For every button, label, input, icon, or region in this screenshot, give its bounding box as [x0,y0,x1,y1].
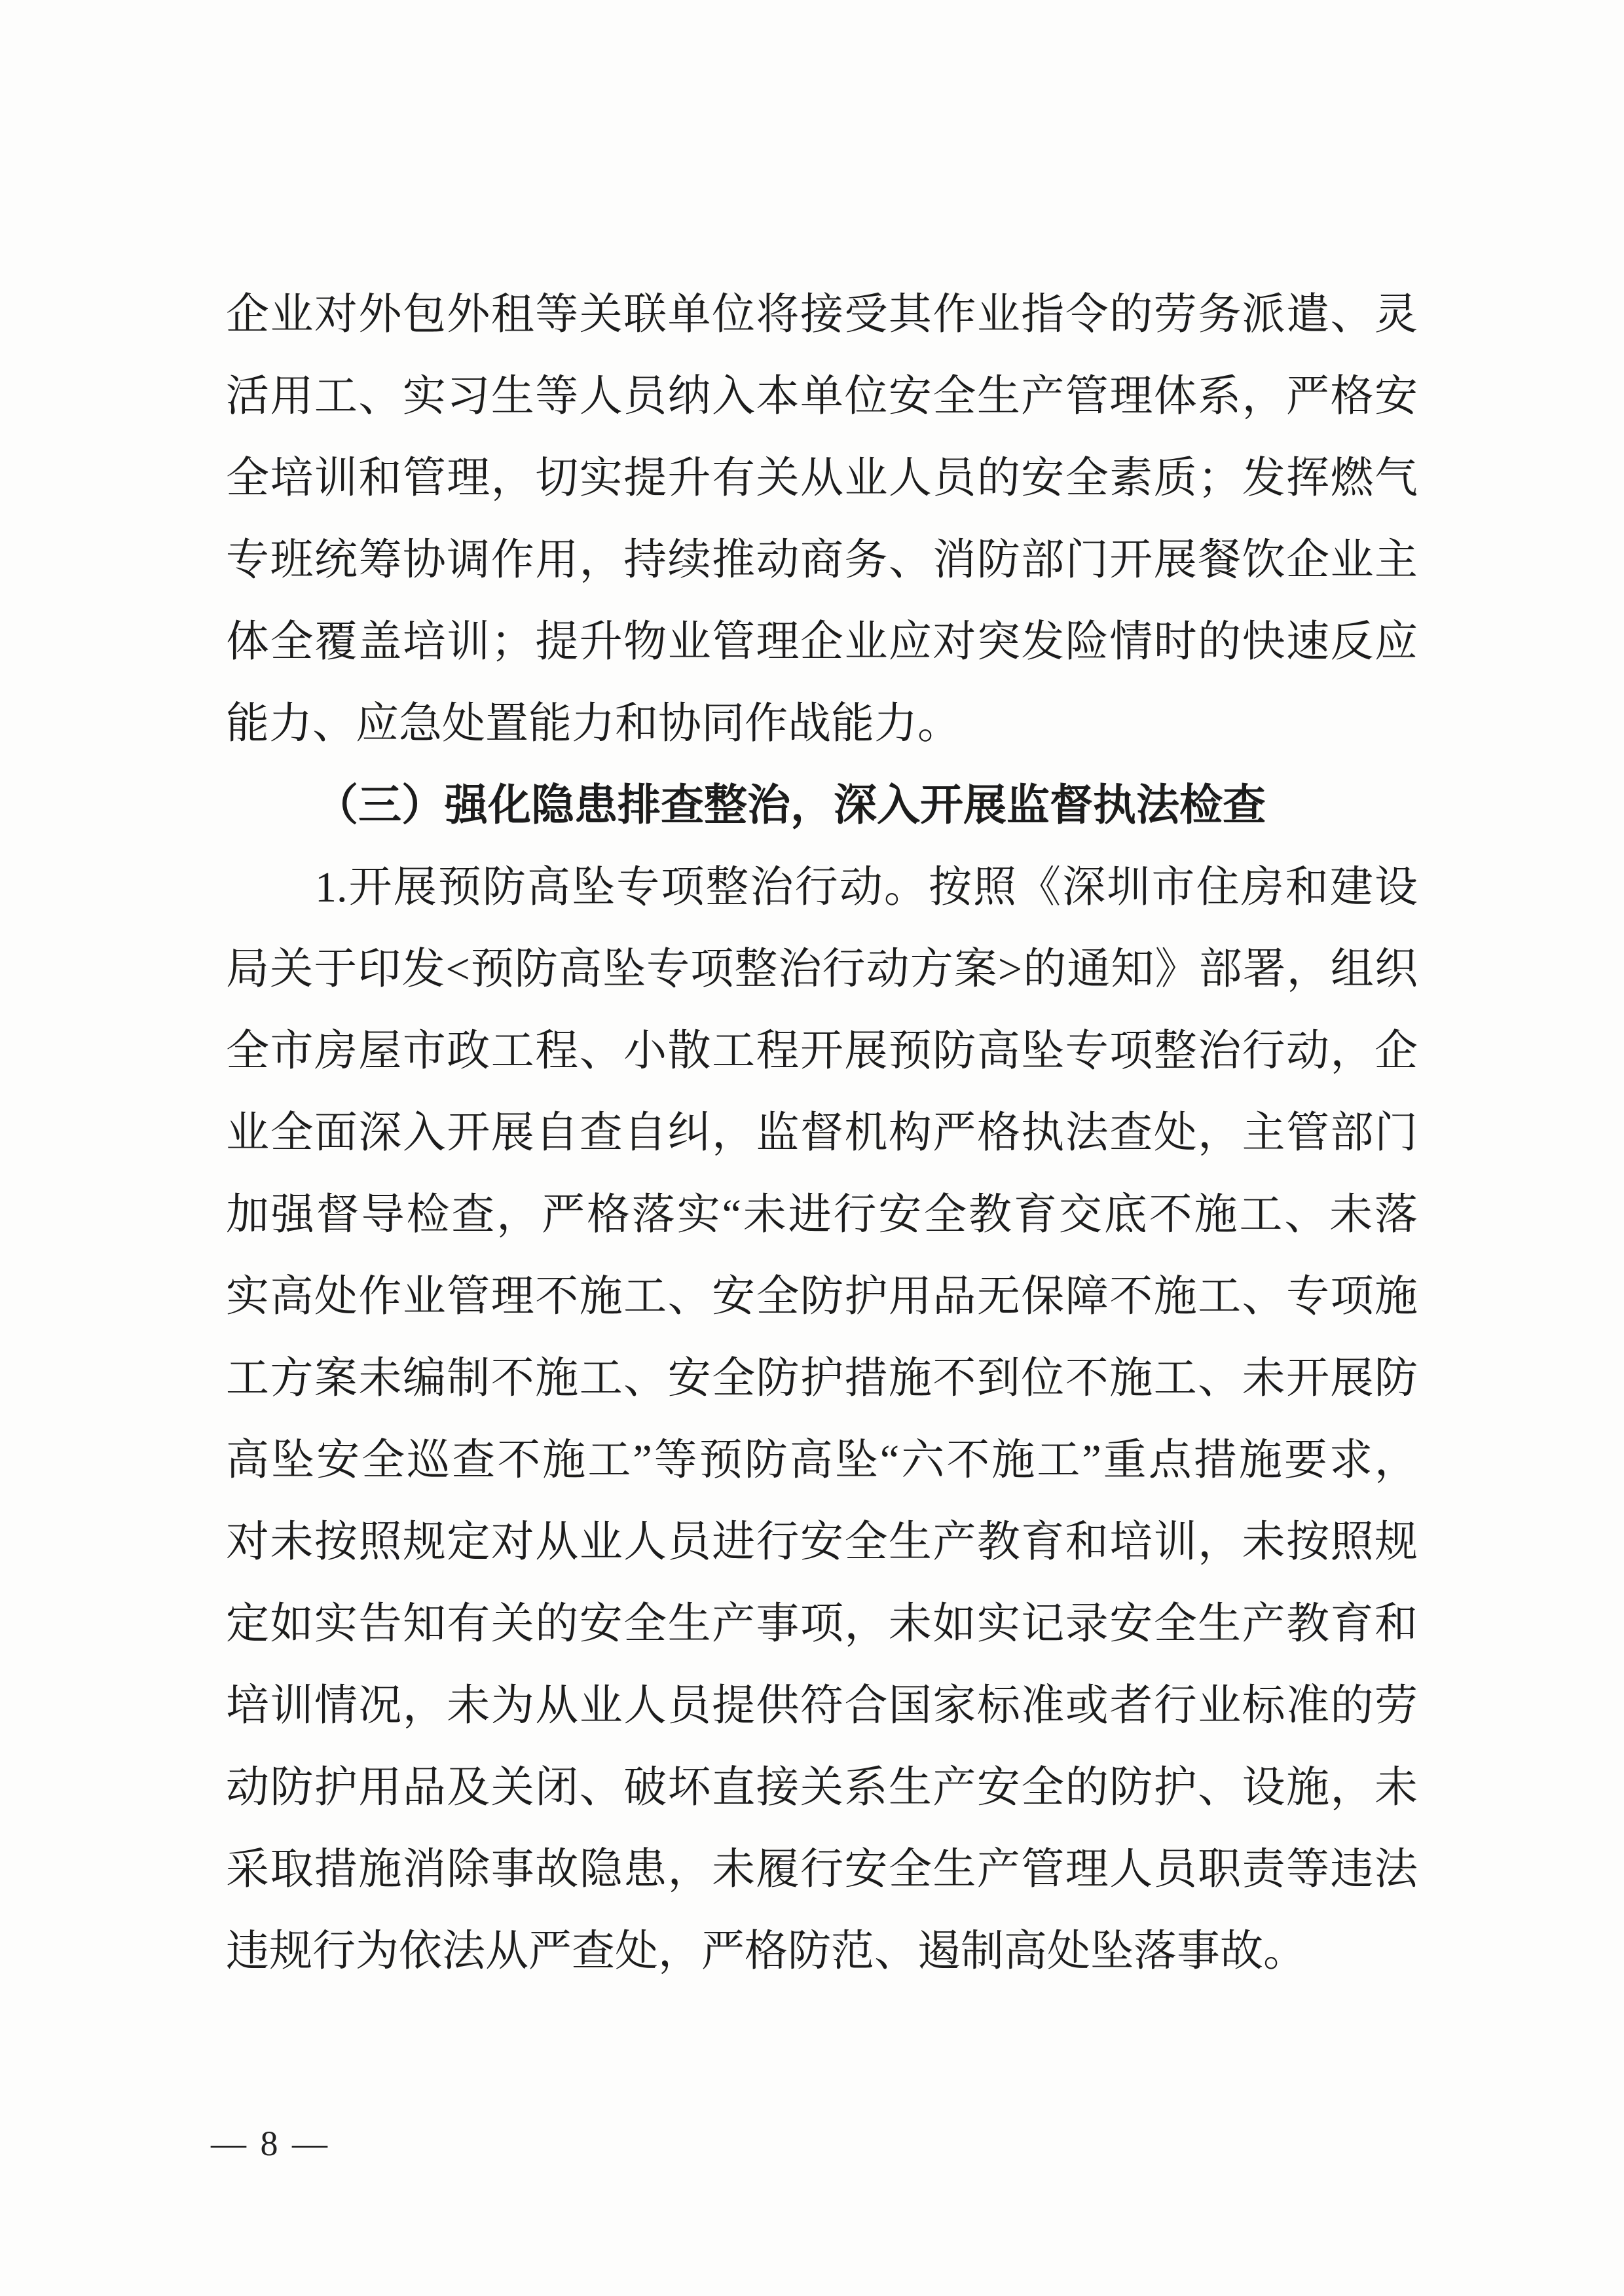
text-line: 违规行为依法从严查处，严格防范、遏制高处坠落事故。 [226,1910,1418,1992]
text-line: 全培训和管理，切实提升有关从业人员的安全素质；发挥燃气 [226,437,1418,519]
text-line: 1.开展预防高坠专项整治行动。按照《深圳市住房和建设 [226,847,1418,928]
text-line: 专班统筹协调作用，持续推动商务、消防部门开展餐饮企业主 [226,519,1418,601]
text-line: 定如实告知有关的安全生产事项，未如实记录安全生产教育和 [226,1583,1418,1665]
text-line: 培训情况，未为从业人员提供符合国家标准或者行业标准的劳 [226,1665,1418,1747]
text-line: 高坠安全巡查不施工”等预防高坠“六不施工”重点措施要求， [226,1419,1418,1501]
text-line: 实高处作业管理不施工、安全防护用品无保障不施工、专项施 [226,1256,1418,1338]
text-line: 全市房屋市政工程、小散工程开展预防高坠专项整治行动，企 [226,1010,1418,1092]
text-line: 能力、应急处置能力和协同作战能力。 [226,683,1418,765]
text-line: 业全面深入开展自查自纠，监督机构严格执法查处，主管部门 [226,1092,1418,1174]
document-page: 企业对外包外租等关联单位将接受其作业指令的劳务派遣、灵 活用工、实习生等人员纳入… [0,0,1624,2296]
text-line: 动防护用品及关闭、破坏直接关系生产安全的防护、设施，未 [226,1747,1418,1829]
section-heading: （三）强化隐患排查整治，深入开展监督执法检查 [226,765,1418,847]
text-line: 体全覆盖培训；提升物业管理企业应对突发险情时的快速反应 [226,601,1418,683]
text-line: 企业对外包外租等关联单位将接受其作业指令的劳务派遣、灵 [226,274,1418,355]
text-block: 企业对外包外租等关联单位将接受其作业指令的劳务派遣、灵 活用工、实习生等人员纳入… [226,274,1418,1992]
text-line: 工方案未编制不施工、安全防护措施不到位不施工、未开展防 [226,1338,1418,1419]
text-line: 对未按照规定对从业人员进行安全生产教育和培训，未按照规 [226,1501,1418,1583]
page-number: — 8 — [211,2103,330,2185]
text-line: 采取措施消除事故隐患，未履行安全生产管理人员职责等违法 [226,1829,1418,1910]
text-line: 活用工、实习生等人员纳入本单位安全生产管理体系，严格安 [226,355,1418,437]
text-line: 局关于印发<预防高坠专项整治行动方案>的通知》部署，组织 [226,928,1418,1010]
text-line: 加强督导检查，严格落实“未进行安全教育交底不施工、未落 [226,1174,1418,1256]
